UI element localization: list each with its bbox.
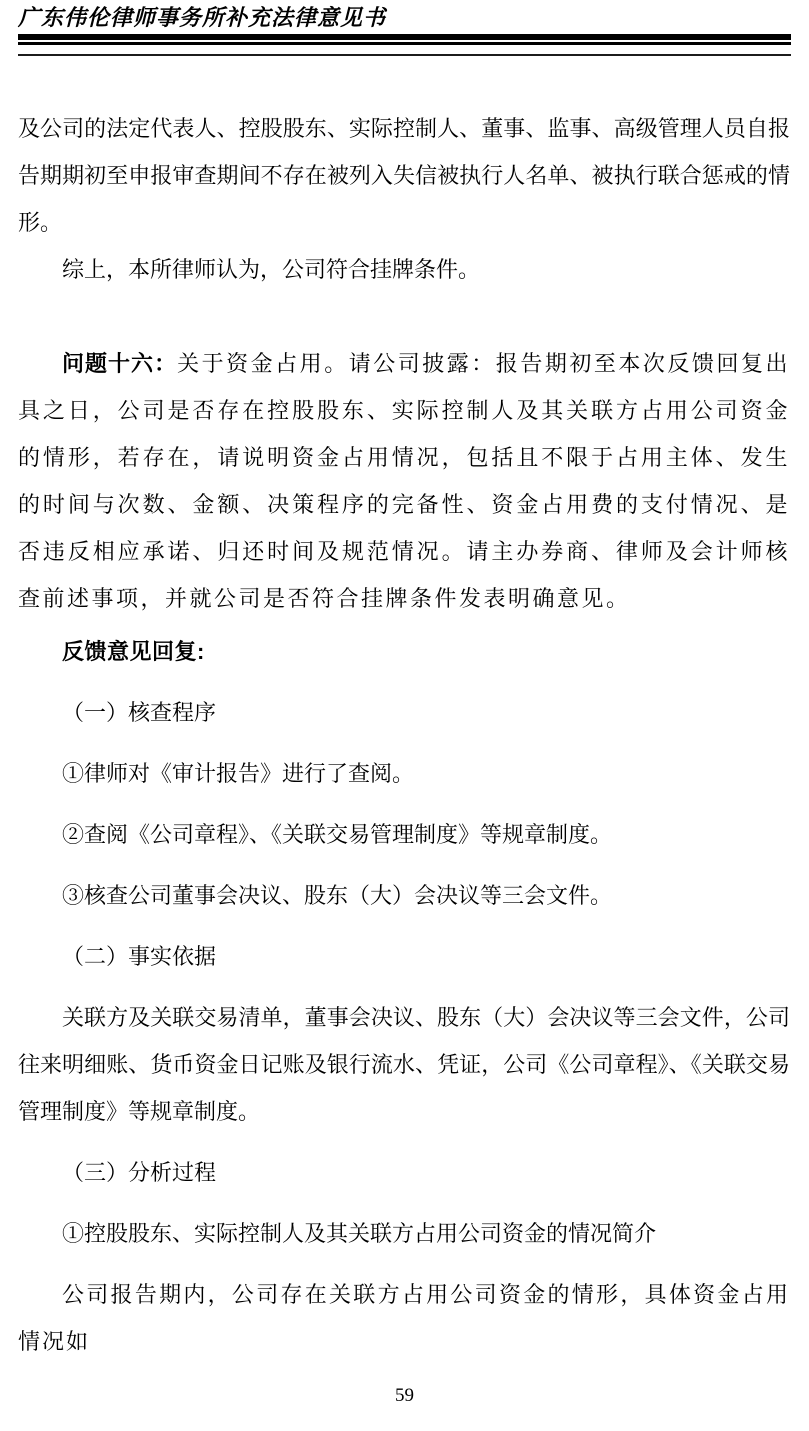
paragraph-question: 问题十六：关于资金占用。请公司披露：报告期初至本次反馈回复出具之日，公司是否存在…: [18, 340, 790, 622]
section1-item3: ③核查公司董事会决议、股东（大）会决议等三会文件。: [18, 872, 790, 919]
header-rule-thin: [18, 42, 791, 45]
paragraph-conclusion: 综上，本所律师认为，公司符合挂牌条件。: [18, 246, 790, 293]
page-number: 59: [395, 1385, 414, 1406]
section1-heading: （一）核查程序: [18, 689, 790, 736]
section3-heading: （三）分析过程: [18, 1149, 790, 1196]
document-page: 广东伟伦律师事务所补充法律意见书 及公司的法定代表人、控股股东、实际控制人、董事…: [0, 0, 809, 1431]
reply-heading: 反馈意见回复:: [18, 628, 790, 675]
page-footer: 59: [0, 1384, 809, 1408]
question-text: 关于资金占用。请公司披露：报告期初至本次反馈回复出具之日，公司是否存在控股股东、…: [18, 351, 790, 611]
document-body: 及公司的法定代表人、控股股东、实际控制人、董事、监事、高级管理人员自报告期期初至…: [0, 56, 809, 1365]
section2-heading: （二）事实依据: [18, 933, 790, 980]
section1-item2: ②查阅《公司章程》、《关联交易管理制度》等规章制度。: [18, 811, 790, 858]
section1-item1: ①律师对《审计报告》进行了查阅。: [18, 750, 790, 797]
section3-item1: ①控股股东、实际控制人及其关联方占用公司资金的情况简介: [18, 1210, 790, 1257]
header-rule-thick: [18, 34, 791, 40]
question-number-label: 问题十六：: [62, 351, 177, 376]
section2-body: 关联方及关联交易清单，董事会决议、股东（大）会决议等三会文件，公司往来明细账、货…: [18, 994, 790, 1135]
section3-body: 公司报告期内，公司存在关联方占用公司资金的情形，具体资金占用情况如: [18, 1271, 790, 1365]
header-title: 广东伟伦律师事务所补充法律意见书: [18, 5, 791, 31]
paragraph-continuation: 及公司的法定代表人、控股股东、实际控制人、董事、监事、高级管理人员自报告期期初至…: [18, 105, 790, 246]
page-header: 广东伟伦律师事务所补充法律意见书: [0, 0, 809, 56]
